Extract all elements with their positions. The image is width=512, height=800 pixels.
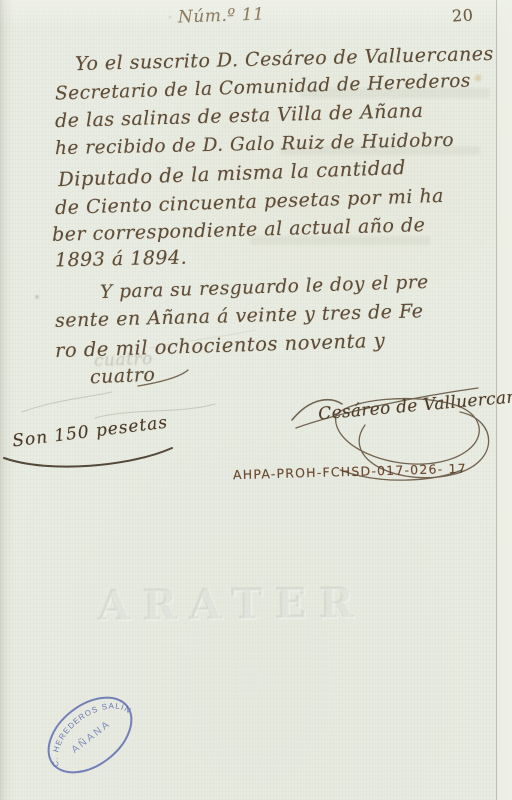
- body-line: de las salinas de esta Villa de Añana: [55, 102, 424, 131]
- body-line: sente en Añana á veinte y tres de Fe: [55, 302, 424, 331]
- signature-text: Cesáreo de Valluercanes: [318, 387, 512, 423]
- body-line: Diputado de la misma la cantidad: [58, 158, 406, 190]
- svg-text:C. HEREDEROS SALINAS: C. HEREDEROS SALINAS: [25, 683, 135, 784]
- archival-reference: AHPA-PROH-FCHSD-017-026- 17: [233, 461, 467, 483]
- manuscript-scan-page: ARATER Núm.º 11 20 Yo el suscrito D. Ces…: [0, 0, 512, 800]
- page-number: 20: [452, 7, 474, 24]
- doc-number: Núm.º 11: [178, 6, 265, 26]
- body-line: Yo el suscrito D. Cesáreo de Valluercane…: [75, 45, 494, 74]
- stamp-ring-text: C. HEREDEROS SALINAS: [25, 683, 135, 784]
- paper-watermark: ARATER: [98, 579, 366, 631]
- body-line: Y para su resguardo le doy el pre: [100, 274, 429, 303]
- amount-note: Son 150 pesetas: [12, 415, 169, 451]
- body-line: de Ciento cincuenta pesetas por mi ha: [55, 187, 444, 218]
- heirs-community-stamp: C. HEREDEROS SALINAS AÑANA: [25, 683, 155, 788]
- body-line: 1893 á 1894.: [55, 249, 188, 271]
- ghost-word: cuatro: [94, 351, 153, 370]
